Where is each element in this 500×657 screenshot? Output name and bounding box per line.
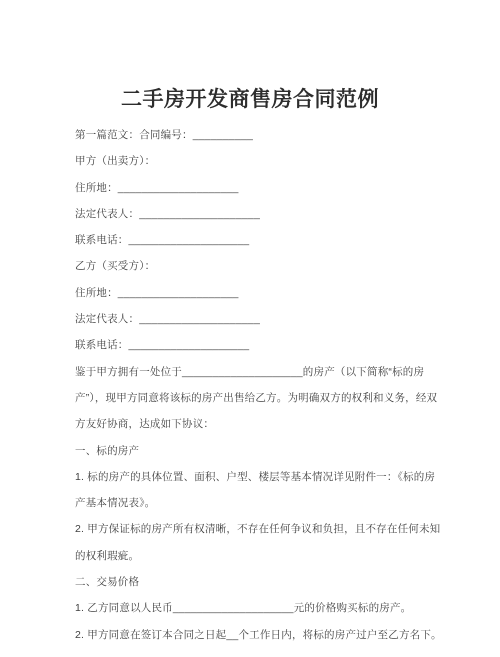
document-line: 乙方（买受方）： — [75, 253, 445, 279]
document-line: 的权利瑕疵。 — [75, 543, 445, 569]
document-line: 法定代表人：____________________ — [75, 201, 445, 227]
document-line: 法定代表人：____________________ — [75, 306, 445, 332]
document-line: 2. 甲方保证标的房产所有权清晰，不存在任何争议和负担，且不存在任何未知 — [75, 516, 445, 542]
document-body: 第一篇范文：合同编号：__________甲方（出卖方）：住所地：_______… — [75, 122, 445, 648]
document-line: 甲方（出卖方）： — [75, 148, 445, 174]
document-title: 二手房开发商售房合同范例 — [0, 83, 500, 113]
document-line: 第一篇范文：合同编号：__________ — [75, 122, 445, 148]
document-line: 产基本情况表》。 — [75, 490, 445, 516]
document-line: 1. 乙方同意以人民币____________________元的价格购买标的房… — [75, 595, 445, 621]
document-line: 2. 甲方同意在签订本合同之日起__个工作日内，将标的房产过户至乙方名下。 — [75, 622, 445, 648]
document-line: 联系电话：____________________ — [75, 227, 445, 253]
document-line: 联系电话：____________________ — [75, 332, 445, 358]
document-line: 住所地：____________________ — [75, 280, 445, 306]
document-line: 鉴于甲方拥有一处位于____________________的房产（以下简称“标… — [75, 359, 445, 385]
document-line: 住所地：____________________ — [75, 175, 445, 201]
document-line: 二、交易价格 — [75, 569, 445, 595]
document-line: 一、标的房产 — [75, 438, 445, 464]
document-line: 产”），现甲方同意将该标的房产出售给乙方。为明确双方的权利和义务，经双 — [75, 385, 445, 411]
document-line: 方友好协商，达成如下协议： — [75, 411, 445, 437]
contract-page: 二手房开发商售房合同范例 第一篇范文：合同编号：__________甲方（出卖方… — [0, 0, 500, 657]
document-line: 1. 标的房产的具体位置、面积、户型、楼层等基本情况详见附件一：《标的房 — [75, 464, 445, 490]
